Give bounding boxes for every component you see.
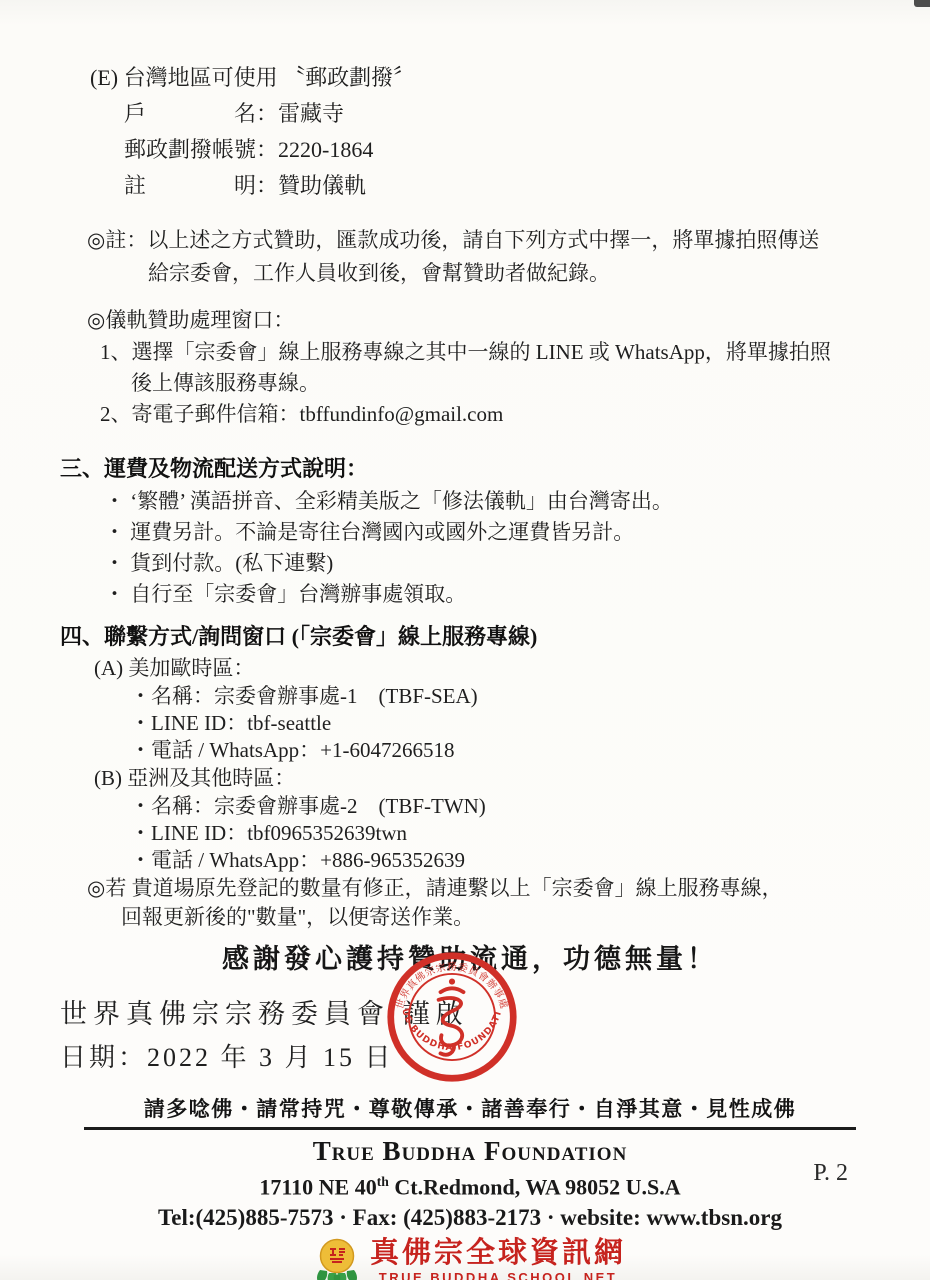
payment-method-e-fields: 戶 名：雷藏寺 郵政劃撥帳號：2220-1864 註 明：贊助儀軌	[124, 96, 880, 204]
window-item-1-line1: 1、選擇「宗委會」線上服務專線之其中一線的 LINE 或 WhatsApp，將單…	[100, 337, 880, 368]
shipping-section-heading: 三、運費及物流配送方式說明：	[60, 452, 880, 486]
contact-group-a-heading: (A) 美加歐時區：	[94, 654, 880, 683]
shipping-bullet-2: ・ 運費另計。不論是寄往台灣國內或國外之運費皆另計。	[104, 517, 880, 548]
contact-group-b-items: ・名稱：宗委會辦事處-2 (TBF-TWN) ・LINE ID：tbf09653…	[130, 793, 880, 874]
sponsorship-window-heading: ◎儀軌贊助處理窗口：	[87, 304, 880, 337]
remittance-note-line2: 給宗委會，工作人員收到後，會幫贊助者做紀錄。	[148, 257, 880, 290]
page-number: P. 2	[813, 1160, 848, 1187]
shipping-bullet-4: ・ 自行至「宗委會」台灣辦事處領取。	[104, 579, 880, 610]
tbsn-lotus-emblem-icon	[314, 1237, 360, 1280]
tbsn-logo-texts: 真佛宗全球資訊網 TRUE BUDDHA SCHOOL NET	[370, 1237, 626, 1280]
quantity-update-note-line1: ◎若 貴道場原先登記的數量有修正，請連繫以上「宗委會」線上服務專線，	[87, 874, 880, 903]
contact-a-name: ・名稱：宗委會辦事處-1 (TBF-SEA)	[130, 683, 880, 710]
remittance-note: ◎註：以上述之方式贊助，匯款成功後，請自下列方式中擇一，將單據拍照傳送 給宗委會…	[87, 224, 880, 290]
foundation-seal: 世界真佛宗宗務委員會辦事處 TRUE BUDDHA FOUNDATION	[383, 950, 521, 1084]
contact-group-a-items: ・名稱：宗委會辦事處-1 (TBF-SEA) ・LINE ID：tbf-seat…	[130, 683, 880, 764]
shipping-bullets: ・ ‘繁體’ 漢語拼音、全彩精美版之「修法儀軌」由台灣寄出。 ・ 運費另計。不論…	[104, 486, 880, 610]
foundation-phone-line: Tel:(425)885-7573 · Fax: (425)883-2173 ·…	[60, 1202, 880, 1234]
scan-artifact-mark	[914, 0, 930, 7]
footer-divider-line	[84, 1127, 856, 1130]
buddhist-motto-line: 請多唸佛・請常持咒・尊敬傳承・諸善奉行・自淨其意・見性成佛	[60, 1096, 880, 1122]
address-part-1: 17110 NE 40	[259, 1174, 376, 1199]
contact-group-b-heading: (B) 亞洲及其他時區：	[94, 764, 880, 793]
contact-section: 四、聯繫方式/詢問窗口 (「宗委會」線上服務專線) (A) 美加歐時區： ・名稱…	[60, 620, 880, 932]
contact-b-line-id: ・LINE ID：tbf0965352639twn	[130, 820, 880, 847]
tbsn-logo-english-name: TRUE BUDDHA SCHOOL NET	[379, 1270, 617, 1280]
payment-method-e-heading: (E) 台灣地區可使用 〝郵政劃撥〞	[90, 60, 880, 96]
shipping-bullet-1: ・ ‘繁體’ 漢語拼音、全彩精美版之「修法儀軌」由台灣寄出。	[104, 486, 880, 517]
tbsn-logo-chinese-name: 真佛宗全球資訊網	[370, 1237, 626, 1270]
tbsn-logo-block: 真佛宗全球資訊網 TRUE BUDDHA SCHOOL NET	[60, 1237, 880, 1280]
shipping-bullet-3: ・ 貨到付款。(私下連繫)	[104, 548, 880, 579]
remittance-note-line1: ◎註：以上述之方式贊助，匯款成功後，請自下列方式中擇一，將單據拍照傳送	[87, 224, 880, 257]
contact-b-name: ・名稱：宗委會辦事處-2 (TBF-TWN)	[130, 793, 880, 820]
document-body: (E) 台灣地區可使用 〝郵政劃撥〞 戶 名：雷藏寺 郵政劃撥帳號：2220-1…	[0, 0, 930, 1280]
sponsorship-window-items: 1、選擇「宗委會」線上服務專線之其中一線的 LINE 或 WhatsApp，將單…	[100, 337, 880, 430]
account-name-row: 戶 名：雷藏寺	[124, 96, 880, 132]
payment-method-e-section: (E) 台灣地區可使用 〝郵政劃撥〞 戶 名：雷藏寺 郵政劃撥帳號：2220-1…	[90, 60, 880, 204]
address-part-2: Ct.Redmond, WA 98052 U.S.A	[389, 1174, 681, 1199]
contact-b-phone: ・電話 / WhatsApp：+886-965352639	[130, 847, 880, 874]
foundation-address: 17110 NE 40th Ct.Redmond, WA 98052 U.S.A	[60, 1167, 880, 1202]
window-item-2-email: 2、寄電子郵件信箱：tbffundinfo@gmail.com	[100, 399, 880, 430]
postal-account-number-row: 郵政劃撥帳號：2220-1864	[124, 132, 880, 168]
quantity-update-note: ◎若 貴道場原先登記的數量有修正，請連繫以上「宗委會」線上服務專線， 回報更新後…	[87, 874, 880, 932]
remark-row: 註 明：贊助儀軌	[124, 168, 880, 204]
window-item-1-line2: 後上傳該服務專線。	[131, 368, 880, 399]
contact-a-line-id: ・LINE ID：tbf-seattle	[130, 710, 880, 737]
contact-section-heading: 四、聯繫方式/詢問窗口 (「宗委會」線上服務專線)	[60, 620, 880, 654]
contact-a-phone: ・電話 / WhatsApp：+1-6047266518	[130, 737, 880, 764]
sponsorship-window-section: ◎儀軌贊助處理窗口： 1、選擇「宗委會」線上服務專線之其中一線的 LINE 或 …	[87, 304, 880, 430]
address-ordinal-suffix: th	[377, 1174, 389, 1189]
shipping-section: 三、運費及物流配送方式說明： ・ ‘繁體’ 漢語拼音、全彩精美版之「修法儀軌」由…	[60, 452, 880, 610]
foundation-name: True Buddha Foundation	[60, 1135, 880, 1167]
quantity-update-note-line2: 回報更新後的"數量"，以便寄送作業。	[121, 903, 880, 932]
scanned-document-page: (E) 台灣地區可使用 〝郵政劃撥〞 戶 名：雷藏寺 郵政劃撥帳號：2220-1…	[0, 0, 930, 1280]
